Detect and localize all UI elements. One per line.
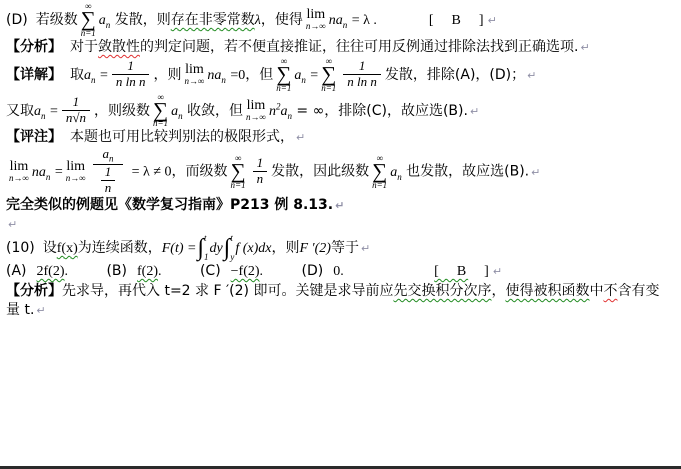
text-erjishu: 而级数 (186, 164, 228, 180)
option-a: (A)2f(2). (6, 263, 68, 279)
remark-header: 【评注】 (6, 129, 62, 145)
equals-sign: = (50, 104, 58, 119)
text-duiyu: 对于 (70, 39, 98, 55)
paragraph-mark-icon: ↵ (470, 105, 479, 118)
limit-symbol: limn→∞ (184, 63, 204, 86)
dy-term: dy (210, 241, 223, 256)
limit-symbol: limn→∞ (306, 8, 326, 31)
integral-symbol: ∫t1 (197, 234, 208, 262)
big-fraction-numerator: an (98, 147, 117, 164)
analysis-paragraph-1: 【分析】对于敛散性的判定问题，若不便直接推证，往往可用反例通过排除法找到正确选项… (6, 38, 675, 57)
solution-header: 【详解】 (6, 67, 62, 83)
limit-comparison-formula: limn→∞nan =limn→∞an1n = λ ≠ 0，而级数∞∑n=11n… (6, 147, 675, 196)
answer-letter: [ B (434, 264, 468, 279)
fraction-1-over-nlnn: 1n ln n (343, 59, 381, 90)
text-paichu-c: = ∞，排除(C)，故应选(B). (296, 103, 468, 119)
paragraph-mark-icon: ↵ (531, 166, 540, 179)
option-a-value: 2f(2) (37, 264, 65, 279)
spellcheck-underline-green: f(x) (57, 241, 78, 256)
option-d-statement: (D)若级数∞∑n=1an 发散，则存在非零常数λ，使得limn→∞nan = … (6, 2, 675, 38)
paragraph-mark-icon: ↵ (493, 265, 502, 278)
options-row: (A)2f(2). (B)f(2). (C)−f(2). (D)0. [ B ]… (6, 262, 675, 282)
analysis-2-tail-text: 量 t. (6, 302, 34, 318)
sum-symbol: ∞∑n=1 (321, 57, 336, 93)
answer-bracket: [ B ] (429, 13, 486, 28)
equals-sign: = (100, 68, 108, 83)
a-n-term: an (34, 104, 46, 119)
text-shide: ，使得 (261, 12, 303, 28)
spellcheck-underline-green: 使得被积函数 (505, 283, 589, 299)
document-page: (D)若级数∞∑n=1an 发散，则存在非零常数λ，使得limn→∞nan = … (0, 0, 681, 322)
text-dengyu: 等于 (331, 240, 359, 256)
analysis-paragraph-2-tail: 量 t.↵ (6, 301, 675, 320)
a-n-term: an (390, 165, 402, 180)
limit-symbol: limn→∞ (246, 99, 266, 122)
F-prime-2: F ′(2) (300, 241, 331, 256)
F-t-equals: F(t) = (162, 241, 197, 256)
text-ze: ，则 (153, 67, 181, 83)
solution-paragraph-2: 又取an =1n√n，则级数∞∑n=1an 收敛，但limn→∞n2an = ∞… (6, 93, 675, 129)
text-ruoji-shu: 若级数 (36, 12, 78, 28)
reference-text: 完全类似的例题见《数学复习指南》P213 例 8.13. (6, 197, 333, 213)
fraction-denominator: n ln n (112, 74, 150, 90)
fraction-numerator: 1 (123, 59, 138, 74)
paragraph-mark-icon: ↵ (36, 304, 45, 317)
integral-glyph: ∫ (197, 236, 204, 260)
option-c-label: (C) (200, 263, 221, 279)
option-b-value: f(2) (137, 264, 158, 279)
sum-symbol: ∞∑n=1 (276, 57, 291, 93)
problem-10-label: (10) (6, 240, 35, 256)
paragraph-mark-icon: ↵ (296, 131, 305, 144)
spellcheck-underline-red: 敛散性 (98, 39, 140, 55)
text-she: 设 (43, 240, 57, 256)
text-fasan-paichu: 发散，排除(A)，(D)； (385, 67, 525, 83)
solution-paragraph: 【详解】取an =1n ln n，则limn→∞nan =0，但∞∑n=1an … (6, 57, 675, 93)
empty-paragraph: ↵ (6, 215, 675, 234)
option-b-label: (B) (106, 263, 127, 279)
analysis-header-2: 【分析】 (6, 283, 62, 299)
option-d-label: (D) (6, 12, 28, 28)
problem-10-statement: (10)设f(x)为连续函数，F(t) =∫t1dy∫tyf (x)dx，则F … (6, 234, 675, 262)
limit-symbol: limn→∞ (9, 160, 29, 183)
n-squared-a-n-term: n2an (269, 104, 292, 119)
equals-lambda: = λ . (352, 13, 377, 28)
fraction-1-over-nsqrtn: 1n√n (62, 95, 90, 126)
paragraph-mark-icon: ↵ (527, 69, 536, 82)
sum-symbol: ∞∑n=1 (372, 154, 387, 190)
fraction-1-over-nlnn: 1n ln n (112, 59, 150, 90)
paragraph-mark-icon: ↵ (488, 14, 497, 27)
text-yefasan: 也发散，故应选(B). (406, 164, 529, 180)
text-shoulian-dan: 收敛，但 (187, 103, 243, 119)
na-n-term: nan (329, 13, 348, 28)
option-a-label: (A) (6, 263, 27, 279)
paragraph-mark-icon: ↵ (580, 41, 589, 54)
spellcheck-underline-red: 不 (603, 283, 617, 299)
paragraph-mark-icon: ↵ (335, 199, 344, 212)
text-fasan-yinci: 发散，因此级数 (271, 164, 369, 180)
answer-bracket-2: [ B ] (434, 264, 491, 279)
spellcheck-underline-green: 存在非零常数 (171, 12, 255, 28)
integral-upper-limit: t (204, 234, 209, 243)
a-n-term: an (99, 13, 111, 28)
a-n-term: an (294, 68, 306, 83)
paragraph-mark-icon: ↵ (8, 218, 17, 231)
na-n-term: nan (207, 68, 226, 83)
analysis-paragraph-2: 【分析】先求导，再代入 t=2 求 F ′(2) 即可。关键是求导前应先交换积分… (6, 282, 675, 301)
fraction-1-over-n: 1n (253, 156, 268, 187)
nested-fraction-1-over-n: 1n (101, 165, 116, 196)
text-ze2: ，则 (272, 240, 300, 256)
option-c-value: −f(2) (231, 264, 260, 279)
text-ze-jishu: ，则级数 (94, 103, 150, 119)
option-d-label: (D) (302, 263, 324, 279)
spellcheck-underline-green: 先交换积分次序 (393, 283, 491, 299)
text-fasan-ze: 发散，则 (115, 12, 171, 28)
option-c: (C)−f(2). (200, 263, 263, 279)
remark-body-text: 本题也可用比较判别法的极限形式， (70, 129, 294, 145)
option-b: (B)f(2). (106, 263, 161, 279)
sum-symbol: ∞∑n=1 (81, 2, 96, 38)
option-d-value: 0. (333, 264, 344, 279)
equals-lambda-nonzero: = λ ≠ 0， (132, 165, 186, 180)
sum-symbol: ∞∑n=1 (153, 93, 168, 129)
lim-subscript: n→∞ (306, 22, 326, 31)
option-d: (D)0. (302, 263, 344, 279)
limit-symbol: limn→∞ (66, 160, 86, 183)
a-n-term: an (171, 104, 183, 119)
big-fraction-an-over-1n: an1n (93, 147, 124, 196)
fx-dx-term: f (x)dx (235, 241, 271, 256)
big-fraction-denominator: 1n (93, 164, 124, 196)
analysis-2-text-1: 先求导，再代入 t=2 求 F ′(2) 即可。关键是求导前应 (62, 283, 393, 299)
sum-lower-limit: n=1 (81, 29, 96, 38)
text-youqu: 又取 (6, 103, 34, 119)
equals-zero-text: =0，但 (230, 68, 273, 83)
sigma-glyph: ∑ (81, 11, 96, 29)
analysis-body-text: 的判定问题，若不便直接推证，往往可用反例通过排除法找到正确选项. (140, 39, 578, 55)
paragraph-mark-icon: ↵ (361, 242, 370, 255)
lim-word: lim (306, 8, 325, 22)
analysis-header: 【分析】 (6, 39, 62, 55)
remark-paragraph: 【评注】本题也可用比较判别法的极限形式，↵ (6, 128, 675, 147)
integral-lower-limit: 1 (204, 253, 209, 262)
na-n-term: nan (32, 165, 51, 180)
text-weilianxu: 为连续函数， (78, 240, 162, 256)
integral-symbol: ∫ty (224, 234, 235, 262)
equals-sign: = (55, 165, 63, 180)
text-qu: 取 (70, 67, 84, 83)
sum-symbol: ∞∑n=1 (231, 154, 246, 190)
reference-line: 完全类似的例题见《数学复习指南》P213 例 8.13.↵ (6, 196, 675, 215)
a-n-term: an (84, 68, 96, 83)
equals-sign: = (310, 68, 318, 83)
